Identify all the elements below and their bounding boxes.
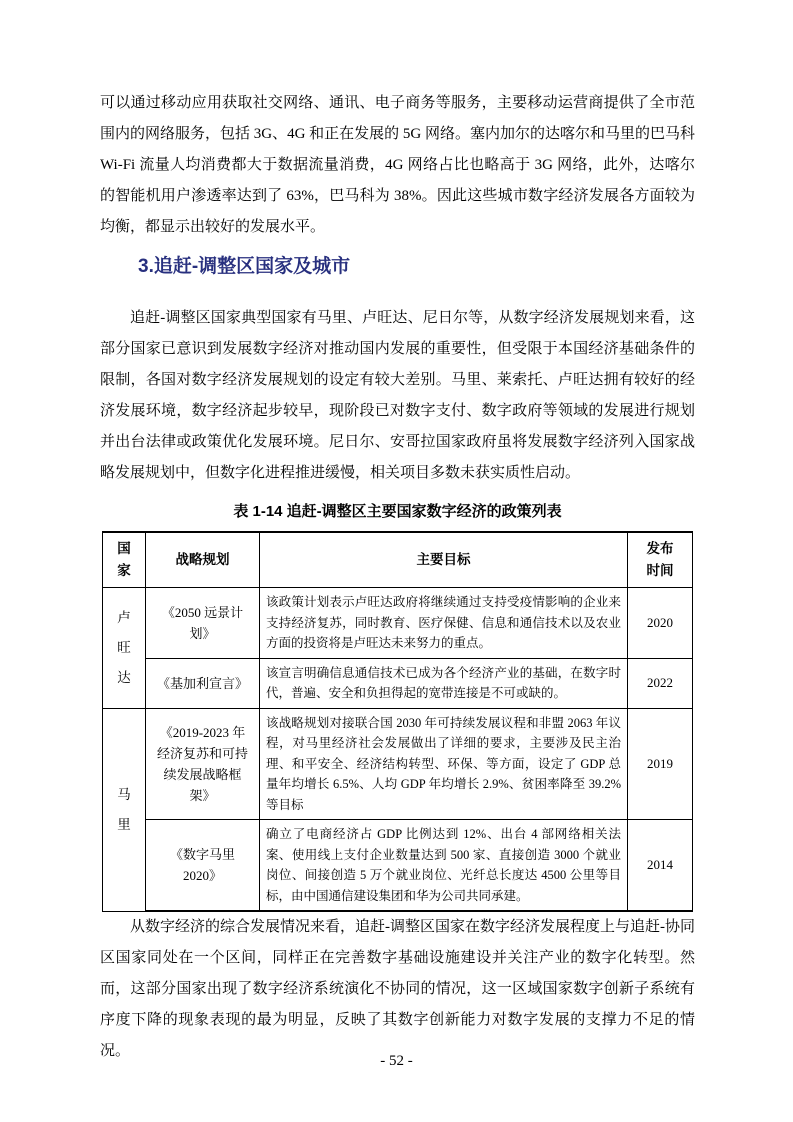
column-header-year: 发布时间 <box>628 532 693 588</box>
goal-cell: 确立了电商经济占 GDP 比例达到 12%、出台 4 部网络相关法案、使用线上支… <box>260 820 628 912</box>
column-header-plan: 战略规划 <box>146 532 260 588</box>
country-cell-mali: 马里 <box>103 708 146 911</box>
column-header-country: 国家 <box>103 532 146 588</box>
plan-cell: 《2050 远景计划》 <box>146 588 260 659</box>
paragraph-mobile-networks: 可以通过移动应用获取社交网络、通讯、电子商务等服务，主要移动运营商提供了全市范围… <box>100 88 695 243</box>
goal-cell: 该宣言明确信息通信技术已成为各个经济产业的基础，在数字时代，普遍、安全和负担得起… <box>260 658 628 708</box>
document-page: 可以通过移动应用获取社交网络、通讯、电子商务等服务，主要移动运营商提供了全市范围… <box>0 0 793 1122</box>
year-cell: 2019 <box>628 708 693 820</box>
policy-table: 国家 战略规划 主要目标 发布时间 卢旺达 《2050 远景计划》 该政策计划表… <box>102 531 693 912</box>
column-header-goal: 主要目标 <box>260 532 628 588</box>
table-caption: 表 1-14 追赶-调整区主要国家数字经济的政策列表 <box>100 501 695 523</box>
year-cell: 2022 <box>628 658 693 708</box>
table-row-rwanda-vision2050: 卢旺达 《2050 远景计划》 该政策计划表示卢旺达政府将继续通过支持受疫情影响… <box>103 588 693 659</box>
table-header-row: 国家 战略规划 主要目标 发布时间 <box>103 532 693 588</box>
section-heading-catchup-adjust: 3.追赶-调整区国家及城市 <box>138 253 695 281</box>
plan-cell: 《数字马里 2020》 <box>146 820 260 912</box>
goal-cell: 该政策计划表示卢旺达政府将继续通过支持受疫情影响的企业来支持经济复苏，同时教育、… <box>260 588 628 659</box>
plan-cell: 《基加利宣言》 <box>146 658 260 708</box>
page-content: 可以通过移动应用获取社交网络、通讯、电子商务等服务，主要移动运营商提供了全市范围… <box>0 0 793 1067</box>
goal-cell: 该战略规划对接联合国 2030 年可持续发展议程和非盟 2063 年议程，对马里… <box>260 708 628 820</box>
year-cell: 2020 <box>628 588 693 659</box>
plan-cell: 《2019-2023 年经济复苏和可持续发展战略框架》 <box>146 708 260 820</box>
table-row-mali-digital2020: 《数字马里 2020》 确立了电商经济占 GDP 比例达到 12%、出台 4 部… <box>103 820 693 912</box>
paragraph-catchup-countries: 追赶-调整区国家典型国家有马里、卢旺达、尼日尔等，从数字经济发展规划来看，这部分… <box>100 303 695 489</box>
country-cell-rwanda: 卢旺达 <box>103 588 146 709</box>
table-row-mali-framework: 马里 《2019-2023 年经济复苏和可持续发展战略框架》 该战略规划对接联合… <box>103 708 693 820</box>
year-cell: 2014 <box>628 820 693 912</box>
paragraph-summary: 从数字经济的综合发展情况来看，追赶-调整区国家在数字经济发展程度上与追赶-协同区… <box>100 912 695 1067</box>
table-row-rwanda-kigali: 《基加利宣言》 该宣言明确信息通信技术已成为各个经济产业的基础，在数字时代，普遍… <box>103 658 693 708</box>
page-number: - 52 - <box>0 1053 793 1070</box>
